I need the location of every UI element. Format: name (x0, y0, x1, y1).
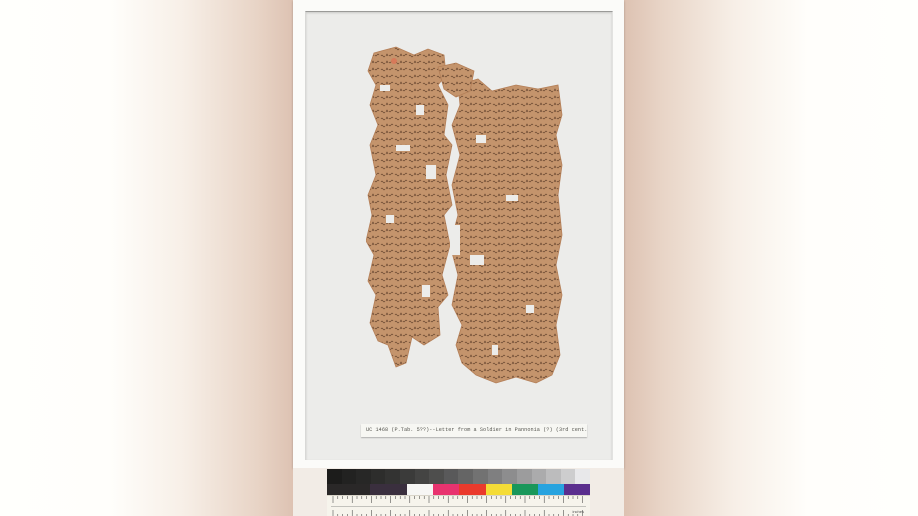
gray-step (327, 469, 342, 484)
ruler-unit-label: inches (572, 509, 584, 514)
frame-mat: UC 1468 (P.Tab. 5??)--Letter from a Sold… (305, 11, 613, 460)
photo-scene: UC 1468 (P.Tab. 5??)--Letter from a Sold… (0, 0, 918, 516)
gray-step (458, 469, 473, 484)
gray-step (371, 469, 386, 484)
picture-frame: UC 1468 (P.Tab. 5??)--Letter from a Sold… (293, 0, 624, 468)
ruler-ticks (327, 496, 590, 516)
papyrus-image (366, 45, 566, 405)
color-patch-dark-purple (370, 484, 407, 495)
papyrus-fragment (366, 45, 566, 405)
gray-step (546, 469, 561, 484)
gray-step (517, 469, 532, 484)
gray-step (473, 469, 488, 484)
color-patch-magenta (433, 484, 459, 495)
gray-step (400, 469, 415, 484)
grayscale-strip (327, 469, 590, 484)
color-patch-cyan (538, 484, 564, 495)
gray-step (532, 469, 547, 484)
color-calibration-target: inches (327, 469, 590, 516)
measurement-ruler: inches (327, 495, 590, 516)
gray-step (342, 469, 357, 484)
gray-step (561, 469, 576, 484)
color-patch-green (512, 484, 538, 495)
color-patch-red (459, 484, 486, 495)
color-patch-black (327, 484, 370, 495)
gray-step (429, 469, 444, 484)
gray-step (385, 469, 400, 484)
gray-step (575, 469, 590, 484)
gray-step (444, 469, 459, 484)
gray-step (415, 469, 430, 484)
gray-step (488, 469, 503, 484)
color-patch-strip (327, 484, 590, 495)
color-patch-yellow (486, 484, 512, 495)
gray-step (356, 469, 371, 484)
gray-step (502, 469, 517, 484)
specimen-label: UC 1468 (P.Tab. 5??)--Letter from a Sold… (361, 424, 587, 437)
color-patch-purple (564, 484, 590, 495)
color-patch-white (407, 484, 433, 495)
